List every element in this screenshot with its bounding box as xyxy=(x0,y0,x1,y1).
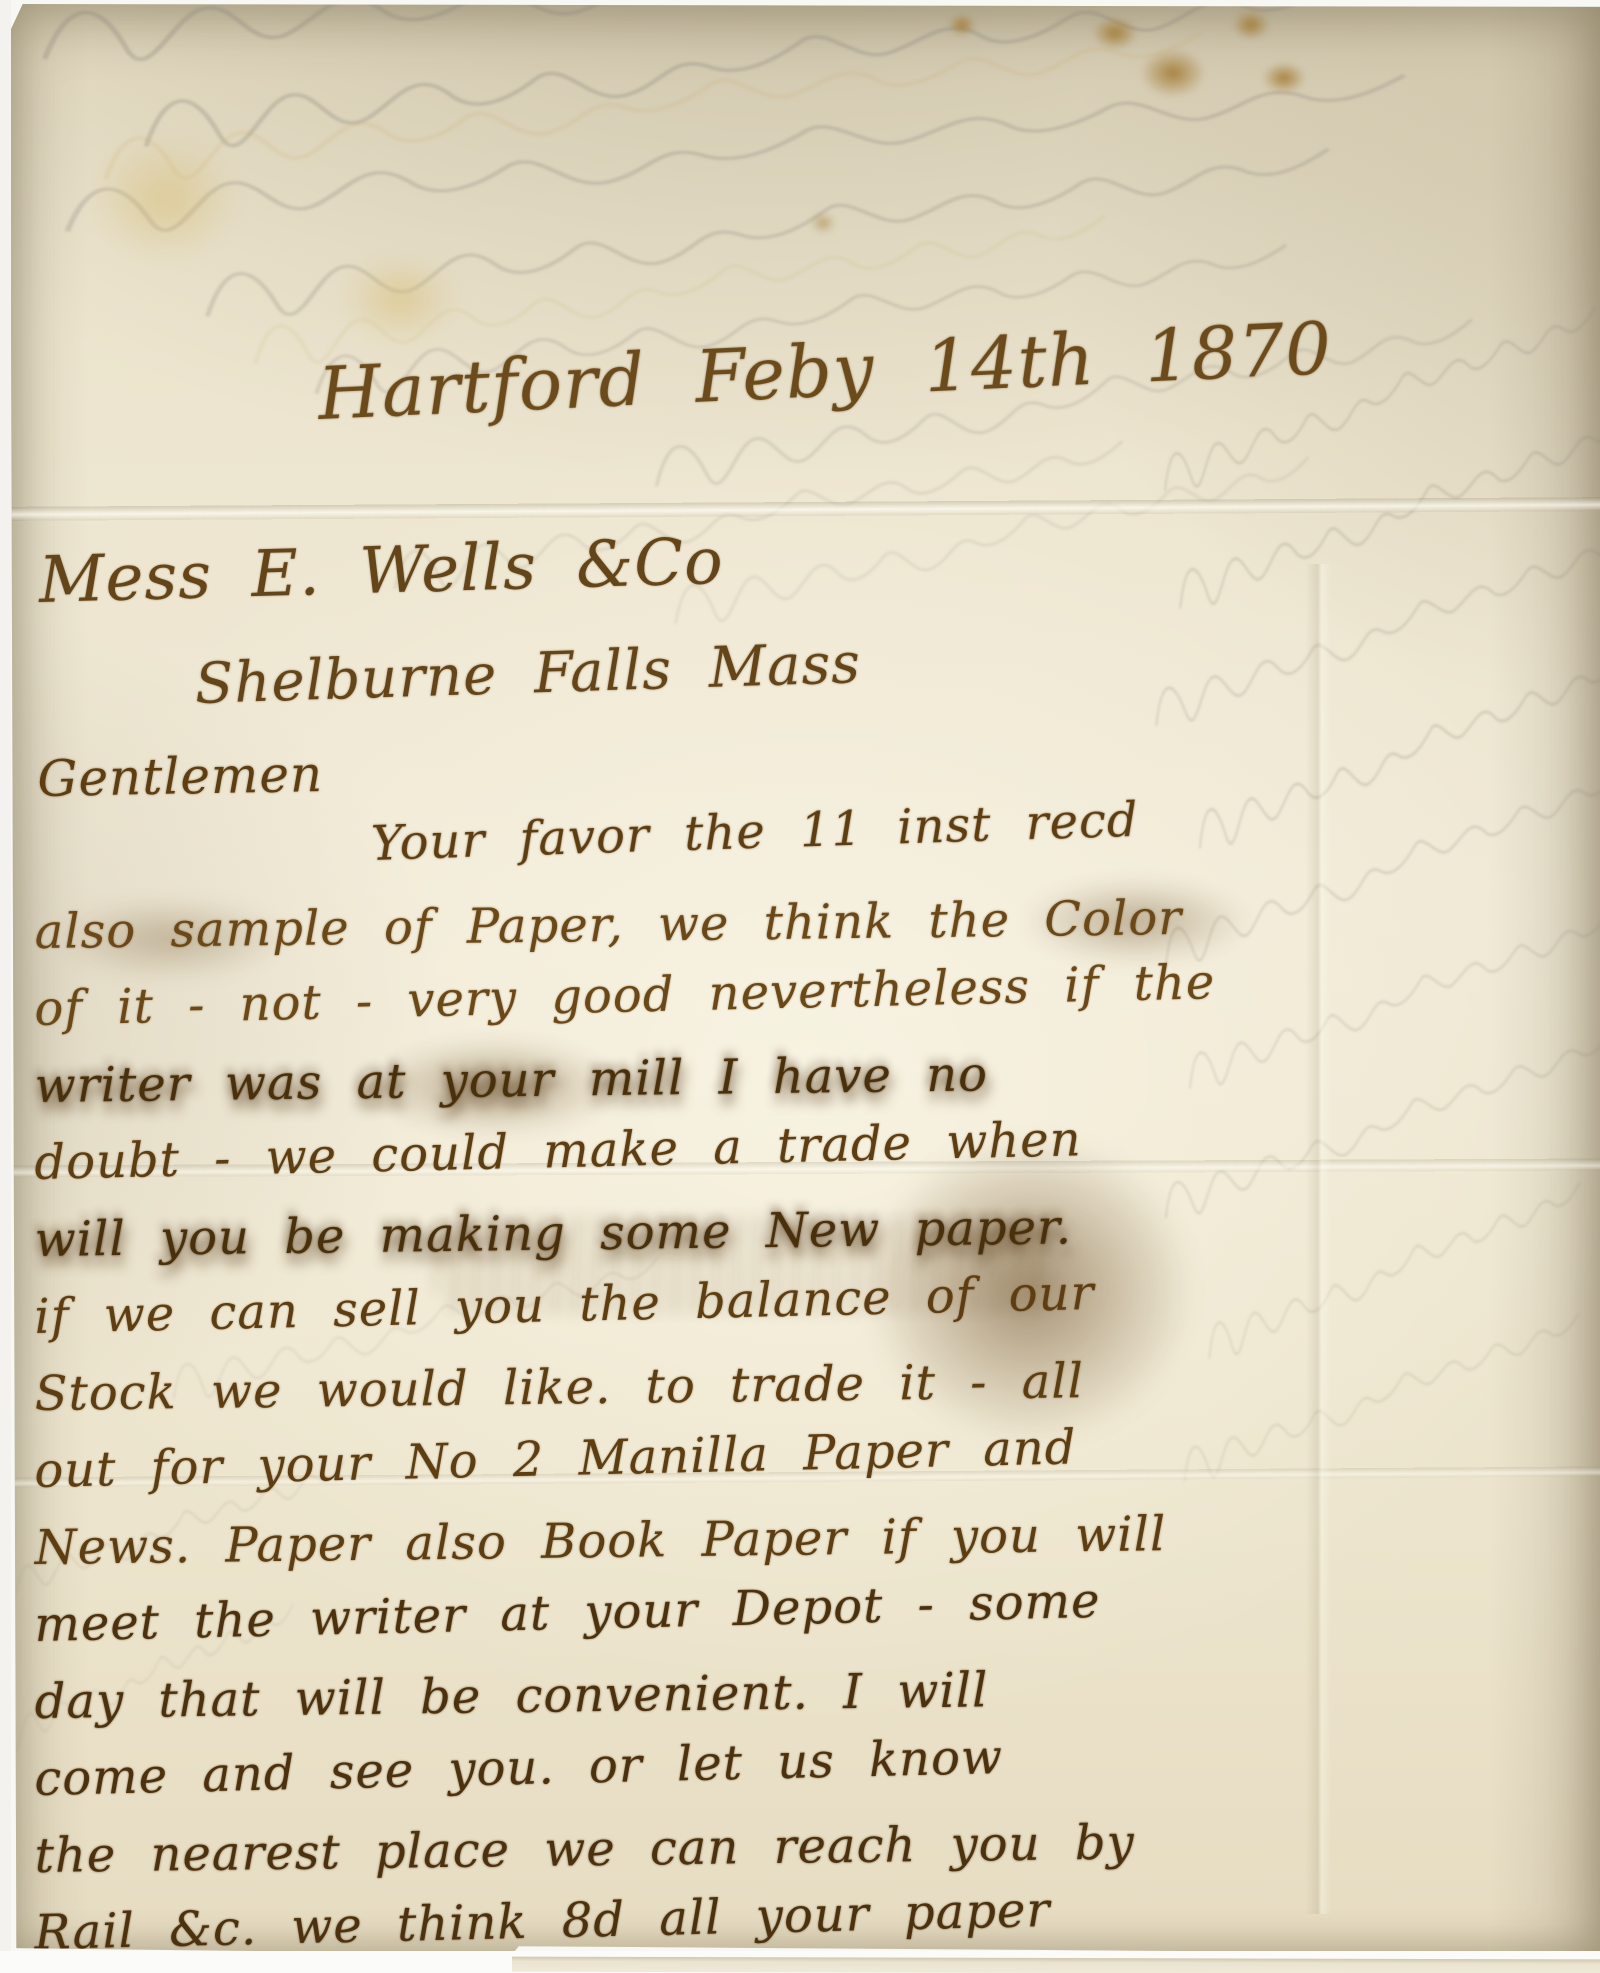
letter-paper: Hartford Feby 14th 1870 Mess E. Wells &C… xyxy=(10,4,1600,1954)
opening-line: Your favor the 11 inst recd xyxy=(370,792,1139,872)
ink-stain xyxy=(1092,16,1138,50)
handwritten-line: Rail &c. we think 8d all your paper xyxy=(34,1882,1051,1961)
letter-scan: Hartford Feby 14th 1870 Mess E. Wells &C… xyxy=(0,0,1600,1973)
handwritten-line: will you be making some New paper. xyxy=(34,1199,1072,1268)
handwritten-line: meet the writer at your Depot - some xyxy=(34,1573,1101,1653)
handwritten-line: the nearest place we can reach you by xyxy=(34,1815,1135,1884)
handwritten-line: day that will be convenient. I will xyxy=(34,1662,988,1730)
handwritten-line: come and see you. or let us know xyxy=(34,1729,1004,1807)
second-sheet-edge xyxy=(512,1957,1600,1973)
handwritten-line: also sample of Paper, we think the Color xyxy=(34,890,1182,960)
fold-crease-vertical xyxy=(1306,564,1332,1914)
scanner-edge xyxy=(0,0,11,1973)
handwritten-line: Stock we would like. to trade it - all xyxy=(34,1353,1084,1422)
salutation: Gentlemen xyxy=(37,745,324,808)
handwritten-line: of it - not - very good nevertheless if … xyxy=(34,954,1216,1037)
paper-stain xyxy=(340,254,460,344)
ink-stain xyxy=(948,14,976,36)
handwritten-line: doubt - we could make a trade when xyxy=(34,1111,1082,1191)
handwritten-line: News. Paper also Book Paper if you will xyxy=(34,1506,1166,1576)
dateline: Hartford Feby 14th 1870 xyxy=(316,306,1334,436)
handwritten-line: writer was at your mill I have no xyxy=(34,1046,988,1114)
recipient-address: Shelburne Falls Mass xyxy=(194,631,862,717)
ink-stain xyxy=(1262,62,1306,94)
ink-stain xyxy=(1140,48,1206,98)
ink-stain xyxy=(1232,10,1270,40)
handwritten-line: out for your No 2 Manilla Paper and xyxy=(34,1419,1077,1499)
fold-crease xyxy=(10,497,1600,521)
handwritten-line: if we can sell you the balance of our xyxy=(34,1265,1095,1345)
paper-stain xyxy=(90,134,240,264)
ink-stain xyxy=(810,212,836,234)
recipient-name: Mess E. Wells &Co xyxy=(38,525,725,618)
